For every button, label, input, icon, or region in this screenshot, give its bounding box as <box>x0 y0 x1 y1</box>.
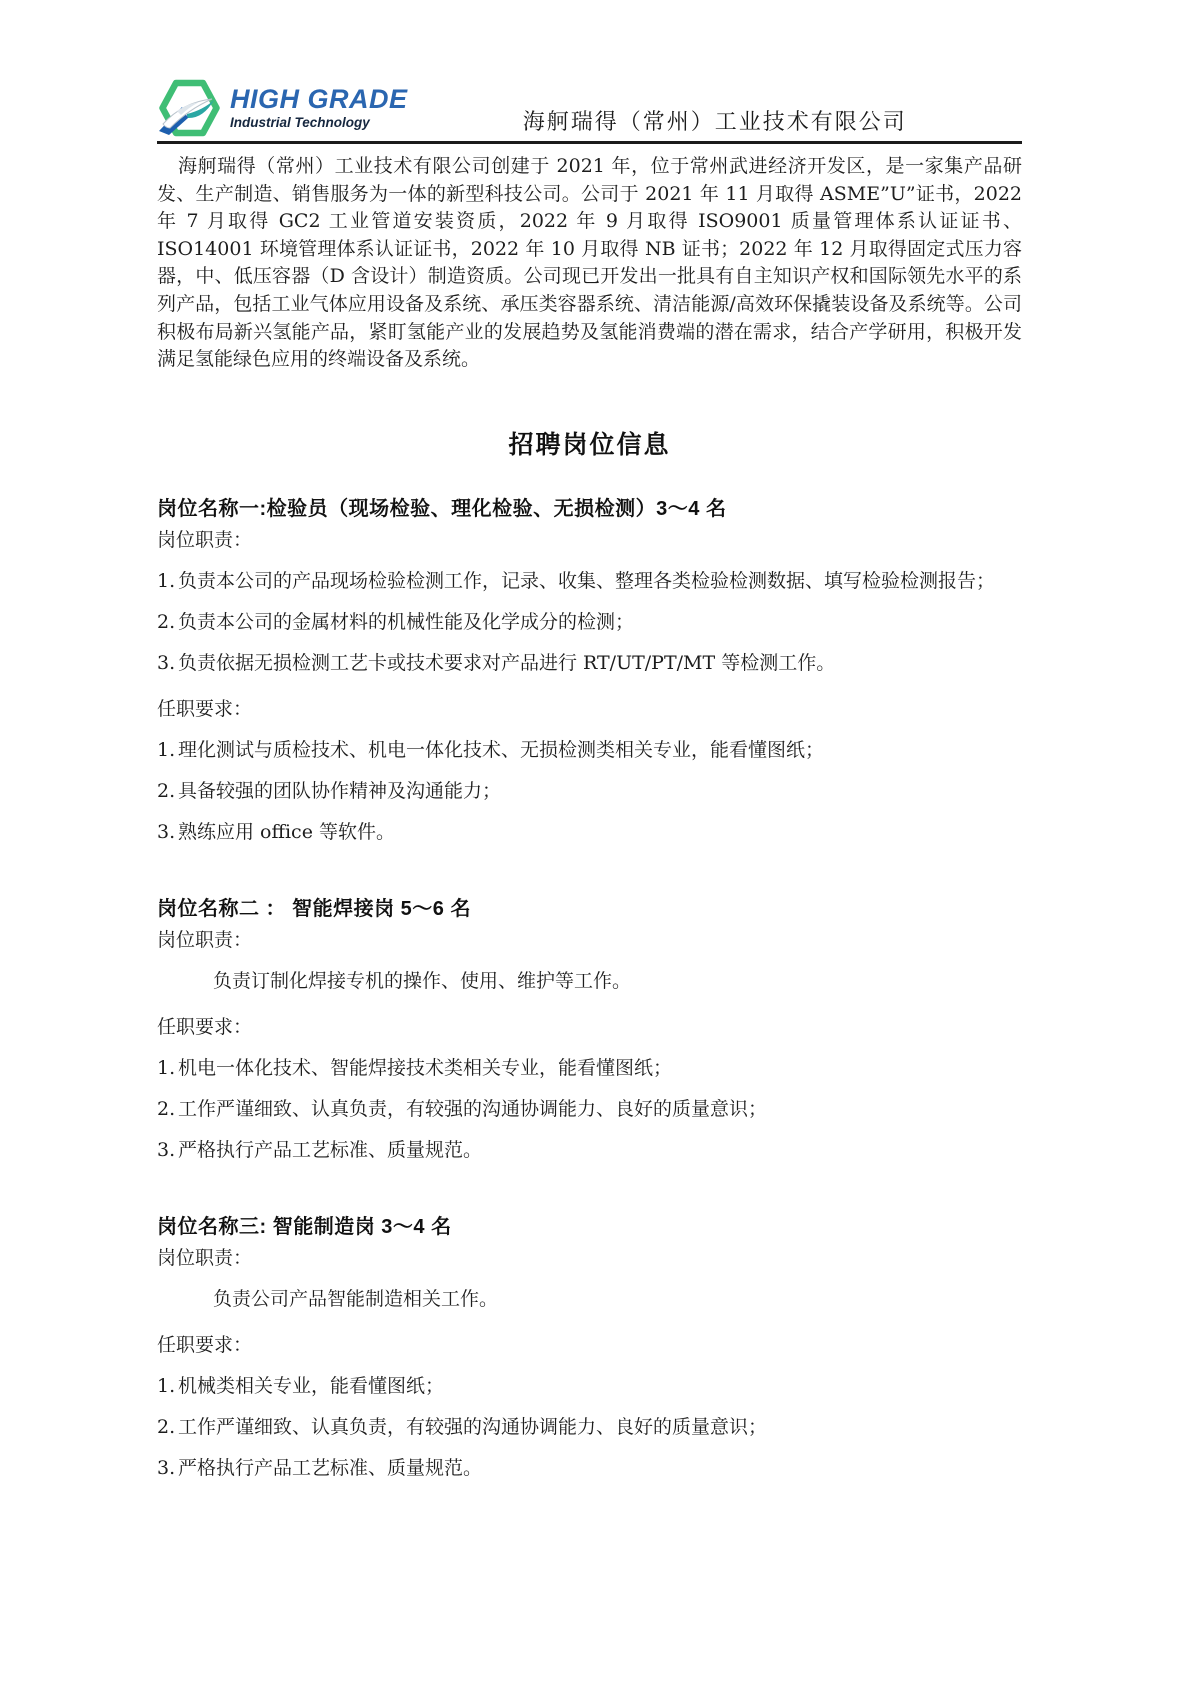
requirement-item: 2.工作严谨细致、认真负责，有较强的沟通协调能力、良好的质量意识； <box>157 1413 1022 1441</box>
requirements-list: 1.机械类相关专业，能看懂图纸； 2.工作严谨细致、认真负责，有较强的沟通协调能… <box>157 1372 1022 1482</box>
list-number: 1. <box>157 1054 175 1082</box>
job-section-2: 岗位名称二 ： 智能焊接岗 5～6 名 岗位职责： 负责订制化焊接专机的操作、使… <box>157 896 1022 1164</box>
document-header: HIGH GRADE Industrial Technology 海舸瑞得（常州… <box>157 78 1022 144</box>
requirement-item-text: 理化测试与质检技术、机电一体化技术、无损检测类相关专业，能看懂图纸； <box>178 739 824 761</box>
requirement-item: 3.严格执行产品工艺标准、质量规范。 <box>157 1454 1022 1482</box>
company-logo: HIGH GRADE Industrial Technology <box>157 78 408 138</box>
requirement-item: 2.工作严谨细致、认真负责，有较强的沟通协调能力、良好的质量意识； <box>157 1095 1022 1123</box>
list-number: 2. <box>157 1095 175 1123</box>
duties-label: 岗位职责： <box>157 1244 1022 1272</box>
job-heading: 岗位名称一:检验员（现场检验、理化检验、无损检测）3～4 名 <box>157 496 1022 523</box>
duties-label: 岗位职责： <box>157 526 1022 554</box>
duty-item: 1.负责本公司的产品现场检验检测工作，记录、收集、整理各类检验检测数据、填写检验… <box>157 567 1022 595</box>
requirements-list: 1.理化测试与质检技术、机电一体化技术、无损检测类相关专业，能看懂图纸； 2.具… <box>157 736 1022 846</box>
doc-title: 招聘岗位信息 <box>157 425 1022 461</box>
duty-item: 2.负责本公司的金属材料的机械性能及化学成分的检测； <box>157 608 1022 636</box>
list-number: 2. <box>157 777 175 805</box>
duties-list: 1.负责本公司的产品现场检验检测工作，记录、收集、整理各类检验检测数据、填写检验… <box>157 567 1022 677</box>
company-name: 海舸瑞得（常州）工业技术有限公司 <box>408 105 1022 138</box>
requirements-label: 任职要求： <box>157 695 1022 723</box>
requirement-item: 2.具备较强的团队协作精神及沟通能力； <box>157 777 1022 805</box>
list-number: 3. <box>157 649 175 677</box>
requirement-item-text: 机电一体化技术、智能焊接技术类相关专业，能看懂图纸； <box>178 1057 672 1079</box>
list-number: 1. <box>157 736 175 764</box>
list-number: 3. <box>157 818 175 846</box>
requirement-item-text: 具备较强的团队协作精神及沟通能力； <box>178 780 501 802</box>
duty-item-text: 负责依据无损检测工艺卡或技术要求对产品进行 RT/UT/PT/MT 等检测工作。 <box>178 652 835 674</box>
job-section-1: 岗位名称一:检验员（现场检验、理化检验、无损检测）3～4 名 岗位职责： 1.负… <box>157 496 1022 846</box>
requirements-label: 任职要求： <box>157 1331 1022 1359</box>
requirement-item: 3.严格执行产品工艺标准、质量规范。 <box>157 1136 1022 1164</box>
requirement-item-text: 严格执行产品工艺标准、质量规范。 <box>178 1457 482 1479</box>
logo-wordmark: HIGH GRADE Industrial Technology <box>230 86 408 130</box>
requirements-label: 任职要求： <box>157 1013 1022 1041</box>
requirement-item: 1.机械类相关专业，能看懂图纸； <box>157 1372 1022 1400</box>
job-section-3: 岗位名称三: 智能制造岗 3～4 名 岗位职责： 负责公司产品智能制造相关工作。… <box>157 1214 1022 1482</box>
requirement-item-text: 工作严谨细致、认真负责，有较强的沟通协调能力、良好的质量意识； <box>178 1416 767 1438</box>
requirement-item-text: 严格执行产品工艺标准、质量规范。 <box>178 1139 482 1161</box>
document-page: HIGH GRADE Industrial Technology 海舸瑞得（常州… <box>0 0 1191 1684</box>
requirement-item-text: 机械类相关专业，能看懂图纸； <box>178 1375 444 1397</box>
duty-item-text: 负责本公司的产品现场检验检测工作，记录、收集、整理各类检验检测数据、填写检验检测… <box>178 570 995 592</box>
job-heading: 岗位名称三: 智能制造岗 3～4 名 <box>157 1214 1022 1241</box>
logo-plane-hexagon-icon <box>157 78 221 138</box>
requirement-item-text: 工作严谨细致、认真负责，有较强的沟通协调能力、良好的质量意识； <box>178 1098 767 1120</box>
company-intro-paragraph: 海舸瑞得（常州）工业技术有限公司创建于 2021 年，位于常州武进经济开发区，是… <box>157 153 1022 374</box>
list-number: 2. <box>157 608 175 636</box>
logo-wordmark-secondary: Industrial Technology <box>230 116 408 130</box>
list-number: 3. <box>157 1136 175 1164</box>
requirement-item-text: 熟练应用 office 等软件。 <box>178 821 395 843</box>
list-number: 1. <box>157 567 175 595</box>
requirement-item: 3.熟练应用 office 等软件。 <box>157 818 1022 846</box>
duty-item: 3.负责依据无损检测工艺卡或技术要求对产品进行 RT/UT/PT/MT 等检测工… <box>157 649 1022 677</box>
requirement-item: 1.机电一体化技术、智能焊接技术类相关专业，能看懂图纸； <box>157 1054 1022 1082</box>
requirements-list: 1.机电一体化技术、智能焊接技术类相关专业，能看懂图纸； 2.工作严谨细致、认真… <box>157 1054 1022 1164</box>
requirement-item: 1.理化测试与质检技术、机电一体化技术、无损检测类相关专业，能看懂图纸； <box>157 736 1022 764</box>
list-number: 2. <box>157 1413 175 1441</box>
duty-item-text: 负责本公司的金属材料的机械性能及化学成分的检测； <box>178 611 634 633</box>
logo-wordmark-primary: HIGH GRADE <box>230 86 408 113</box>
job-heading: 岗位名称二 ： 智能焊接岗 5～6 名 <box>157 896 1022 923</box>
duty-paragraph: 负责公司产品智能制造相关工作。 <box>157 1285 1022 1313</box>
duty-paragraph: 负责订制化焊接专机的操作、使用、维护等工作。 <box>157 967 1022 995</box>
list-number: 3. <box>157 1454 175 1482</box>
duties-label: 岗位职责： <box>157 926 1022 954</box>
list-number: 1. <box>157 1372 175 1400</box>
